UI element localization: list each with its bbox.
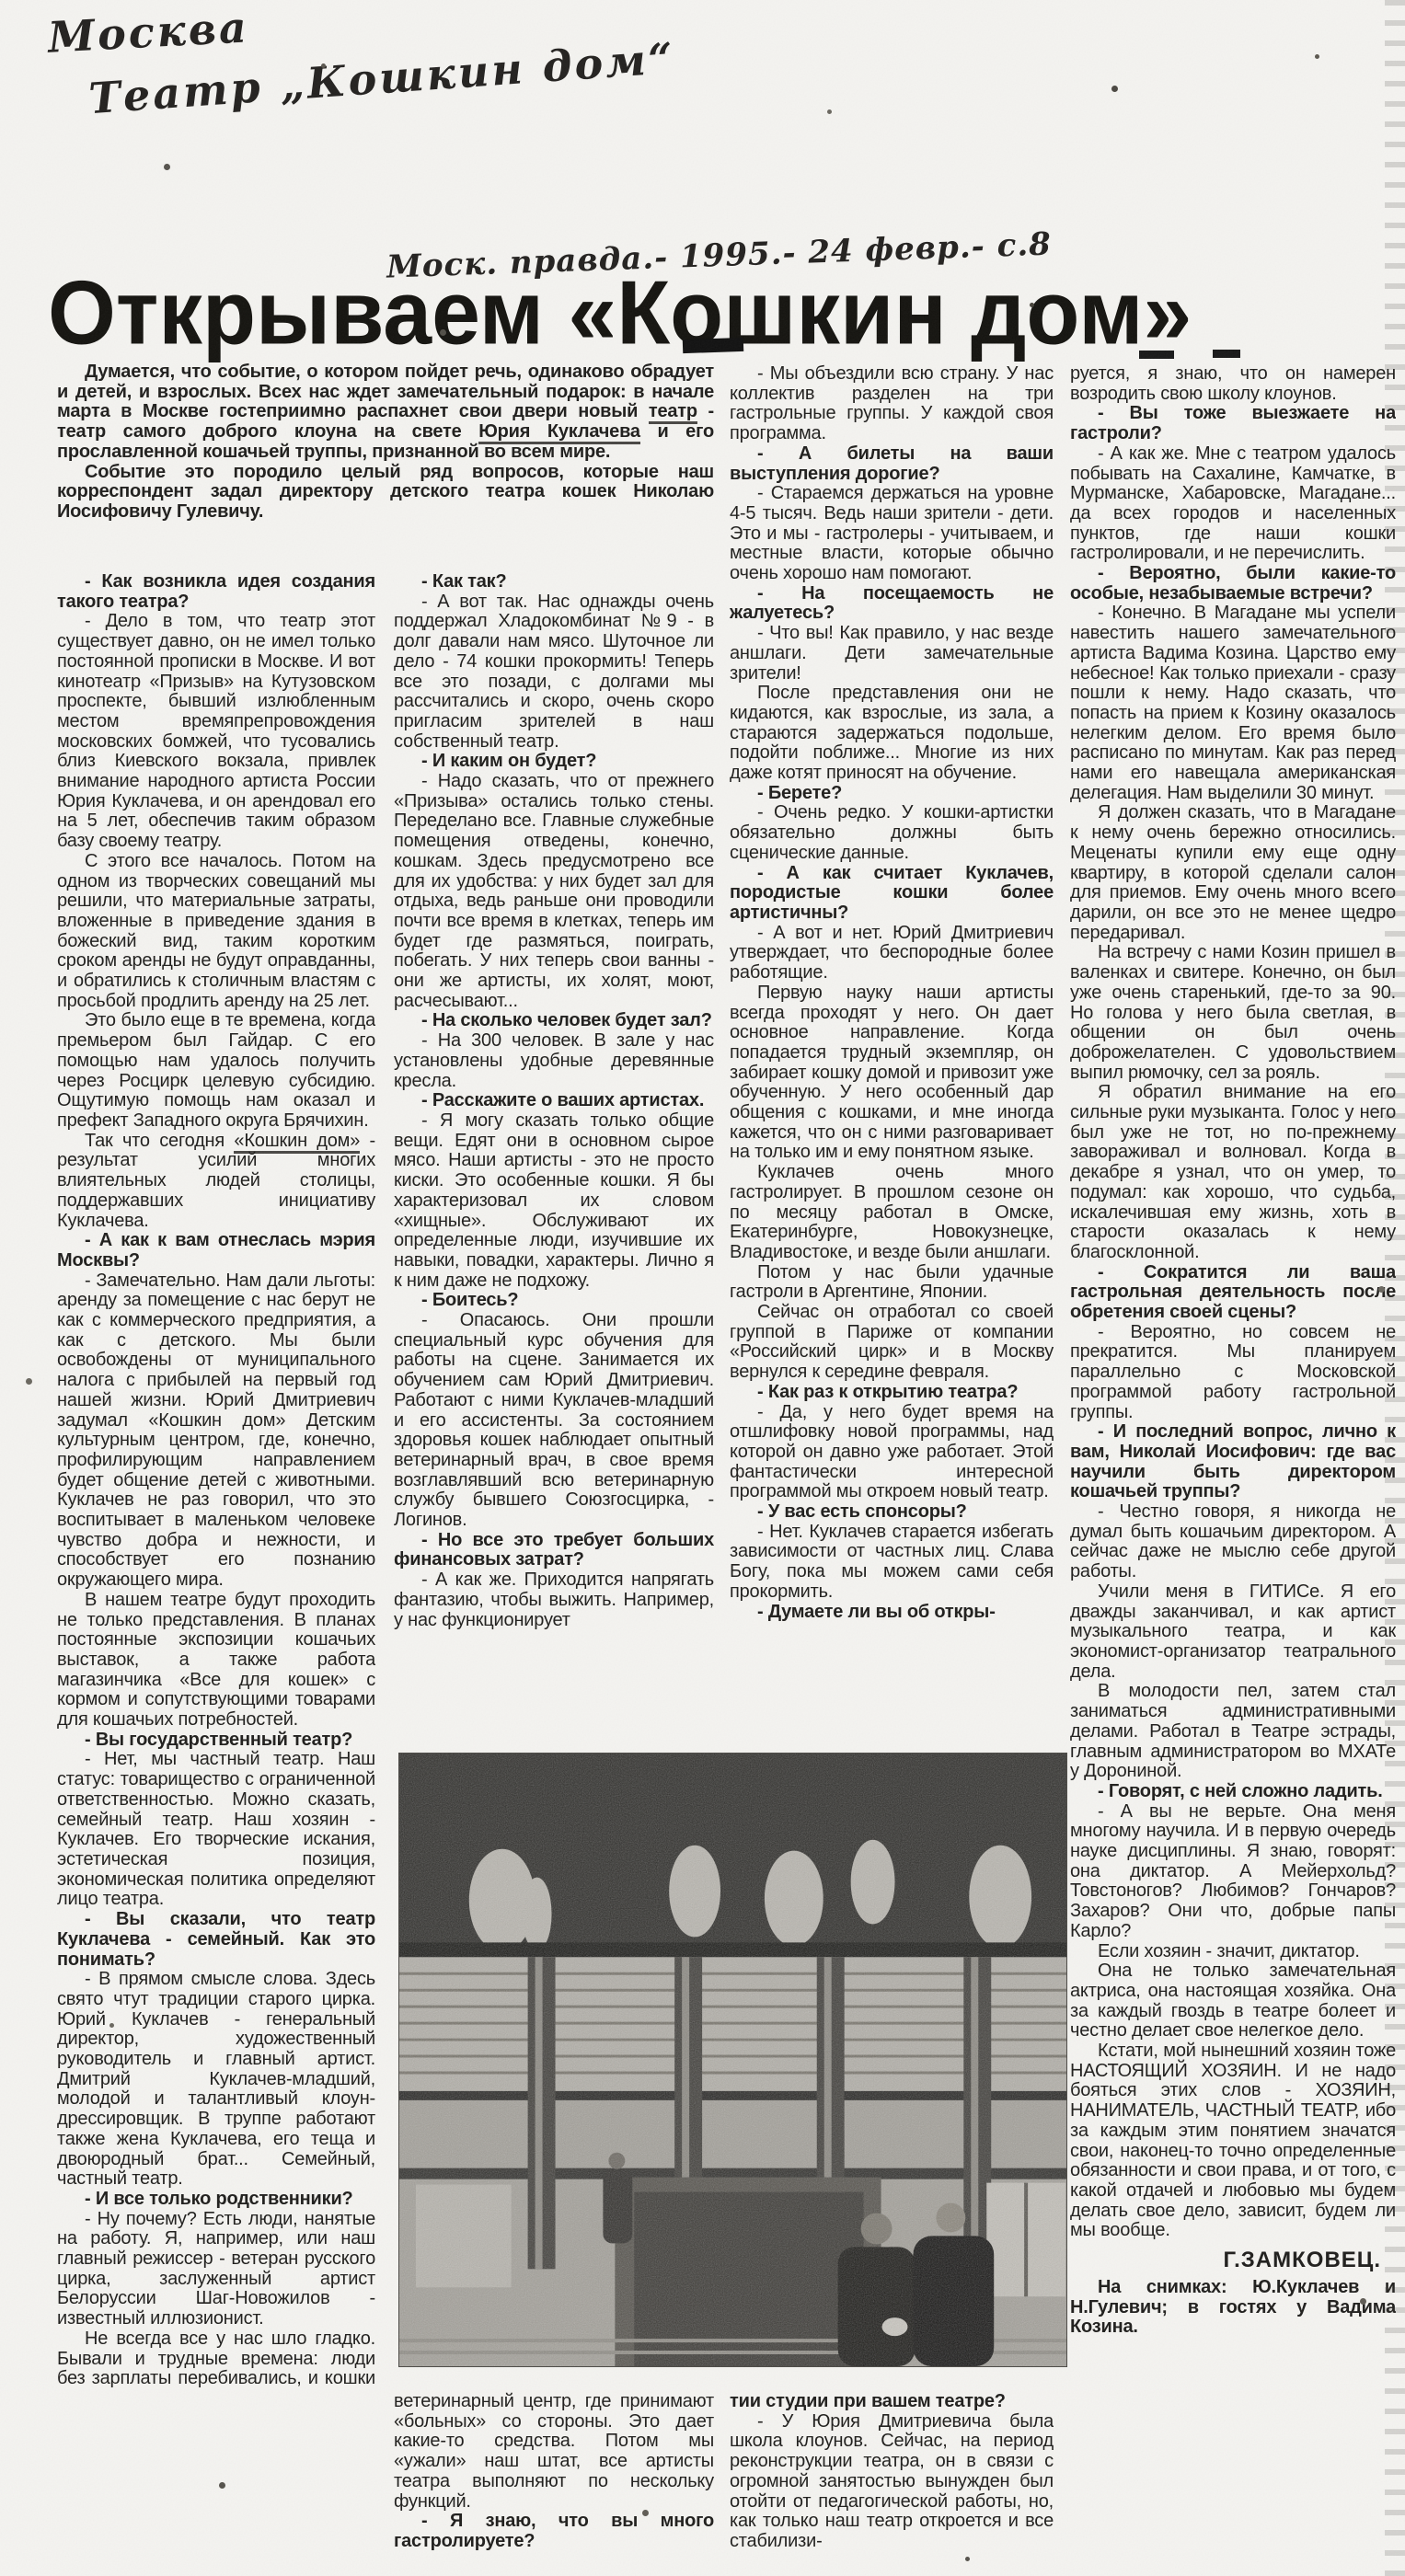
body-paragraph: Она не только замечательная актриса, она… [1070, 1961, 1396, 2041]
author-signature: Г.ЗАМКОВЕЦ. [1070, 2250, 1381, 2271]
body-paragraph: Я обратил внимание на его сильные руки м… [1070, 1083, 1396, 1262]
body-paragraph: - Дело в том, что театр этот существует … [57, 612, 375, 851]
body-paragraph: - А вы не верьте. Она меня многому научи… [1070, 1802, 1396, 1942]
question-paragraph: - И все только родственники? [57, 2190, 375, 2210]
question-paragraph: - Но все это требует больших финансовых … [394, 1531, 714, 1570]
text-segment: Думается, что событие, о котором пойдет … [57, 362, 714, 421]
body-paragraph: С этого все началось. Потом на одном из … [57, 852, 375, 1012]
body-paragraph: - А как же. Мне с театром удалось побыва… [1070, 444, 1396, 564]
question-paragraph: - А билеты на ваши выступления дорогие? [730, 444, 1054, 484]
photo-illustration [399, 1754, 1066, 2366]
question-paragraph: - Вы тоже выезжаете на гастроли? [1070, 404, 1396, 443]
article-photo [398, 1753, 1067, 2367]
column-1: - Как возникла идея создания такого теат… [57, 572, 375, 2392]
column-3-above-photo: - Мы объездили всю страну. У нас коллект… [730, 364, 1054, 1750]
question-paragraph: - И каким он будет? [394, 752, 714, 772]
question-paragraph: - Как так? [394, 572, 714, 592]
question-paragraph: - На сколько человек будет зал? [394, 1011, 714, 1031]
ink-dash [1139, 351, 1174, 359]
scan-edge-shadow [1385, 0, 1405, 2576]
body-paragraph: - Мы объездили всю страну. У нас коллект… [730, 364, 1054, 444]
body-paragraph: - Очень редко. У кошки-артистки обязател… [730, 803, 1054, 863]
body-paragraph: Сейчас он отработал со своей группой в П… [730, 1303, 1054, 1383]
body-paragraph: - Я могу сказать только общие вещи. Едят… [394, 1111, 714, 1291]
handwritten-city-note: Москва [47, 2, 250, 62]
question-paragraph: - Я знаю, что вы много гастролируете? [394, 2512, 714, 2551]
body-paragraph: руется, я знаю, что он намерен возродить… [1070, 364, 1396, 404]
body-paragraph: Кстати, мой нынешний хозяин тоже НАСТОЯЩ… [1070, 2041, 1396, 2241]
question-paragraph: На снимках: Ю.Куклачев и Н.Гулевич; в го… [1070, 2278, 1396, 2338]
article-lead: Думается, что событие, о котором пойдет … [57, 362, 714, 569]
body-paragraph: - А как же. Приходится напрягать фантази… [394, 1570, 714, 1630]
body-paragraph: - Конечно. В Магадане мы успели навестит… [1070, 604, 1396, 803]
question-paragraph: - Говорят, с ней сложно ладить. [1070, 1782, 1396, 1802]
question-paragraph: - Берете? [730, 784, 1054, 804]
body-paragraph: - Да, у него будет время на отшлифовку н… [730, 1403, 1054, 1503]
body-paragraph: - Честно говоря, я никогда не думал быть… [1070, 1502, 1396, 1582]
question-paragraph: - Как раз к открытию театра? [730, 1383, 1054, 1403]
question-paragraph: - А как считает Куклачев, породистые кош… [730, 864, 1054, 924]
body-paragraph: - В прямом смысле слова. Здесь свято чту… [57, 1970, 375, 2190]
question-paragraph: - На посещаемость не жалуетесь? [730, 584, 1054, 624]
question-paragraph: - У вас есть спонсоры? [730, 1502, 1054, 1523]
body-paragraph: - Нет, мы частный театр. Наш статус: тов… [57, 1750, 375, 1910]
body-paragraph: Если хозяин - значит, диктатор. [1070, 1942, 1396, 1962]
question-paragraph: Событие это породило целый ряд вопросов,… [57, 463, 714, 523]
body-paragraph: В молодости пел, затем стал заниматься а… [1070, 1682, 1396, 1782]
body-paragraph: - А вот и нет. Юрий Дмитриевич утверждае… [730, 924, 1054, 983]
question-paragraph: - Расскажите о ваших артистах. [394, 1091, 714, 1111]
question-paragraph: - И последний вопрос, лично к вам, Никол… [1070, 1422, 1396, 1502]
body-paragraph: Я должен сказать, что в Магадане к нему … [1070, 803, 1396, 943]
body-paragraph: - Опасаюсь. Они прошли специальный курс … [394, 1311, 714, 1531]
body-paragraph: После представления они не кидаются, как… [730, 684, 1054, 784]
body-paragraph: Учили меня в ГИТИСе. Я его дважды заканч… [1070, 1582, 1396, 1683]
body-paragraph: ветеринарный центр, где принимают «больн… [394, 2392, 714, 2512]
question-paragraph: - Сократится ли ваша гастрольная деятель… [1070, 1263, 1396, 1323]
body-paragraph: - На 300 человек. В зале у нас установле… [394, 1031, 714, 1091]
body-paragraph: Это было еще в те времена, когда премьер… [57, 1011, 375, 1131]
body-paragraph: Куклачев очень много гастролирует. В про… [730, 1163, 1054, 1263]
column-2-below-photo: ветеринарный центр, где принимают «больн… [394, 2392, 714, 2571]
body-paragraph: - Вероятно, но совсем не прекратится. Мы… [1070, 1323, 1396, 1423]
column-2-above-photo: - Как так?- А вот так. Нас однажды очень… [394, 572, 714, 1750]
body-paragraph: Не всегда все у нас шло гладко. Бывали и… [57, 2329, 375, 2392]
body-paragraph: - А вот так. Нас однажды очень поддержал… [394, 592, 714, 753]
question-paragraph: тии студии при вашем театре? [730, 2392, 1054, 2412]
question-paragraph: - Боитесь? [394, 1291, 714, 1311]
body-paragraph: - Что вы! Как правило, у нас везде аншла… [730, 624, 1054, 684]
photo-grain [399, 1754, 1066, 2366]
question-paragraph: - Думаете ли вы об откры- [730, 1603, 1054, 1623]
scan-speckles [0, 0, 3, 3]
text-segment: Так что сегодня [85, 1131, 234, 1151]
scanned-newspaper-page: { "archive_note": { "city": "Москва", "t… [0, 0, 1405, 2576]
body-paragraph: - Замечательно. Нам дали льготы: аренду … [57, 1271, 375, 1591]
body-paragraph: Потом у нас были удачные гастроли в Арге… [730, 1263, 1054, 1303]
body-paragraph: Первую науку наши артисты всегда проходя… [730, 983, 1054, 1163]
column-4: руется, я знаю, что он намерен возродить… [1070, 364, 1396, 2572]
body-paragraph: В нашем театре будут проходить не только… [57, 1591, 375, 1731]
body-paragraph: - Нет. Куклачев старается избегать завис… [730, 1523, 1054, 1603]
body-paragraph: На встречу с нами Козин пришел в валенка… [1070, 943, 1396, 1083]
column-3-below-photo: тии студии при вашем театре?- У Юрия Дми… [730, 2392, 1054, 2571]
body-paragraph: - Ну почему? Есть люди, нанятые на работ… [57, 2210, 375, 2329]
question-paragraph: - Вероятно, были какие-то особые, незабы… [1070, 564, 1396, 604]
question-paragraph: - Вы сказали, что театр Куклачева - семе… [57, 1910, 375, 1970]
body-paragraph: - У Юрия Дмитриевича была школа клоунов.… [730, 2412, 1054, 2552]
body-paragraph: - Надо сказать, что от прежнего «Призыва… [394, 772, 714, 1011]
ink-dash [1213, 350, 1240, 358]
question-paragraph: - Вы государственный театр? [57, 1731, 375, 1751]
body-paragraph: - Стараемся держаться на уровне 4-5 тыся… [730, 484, 1054, 584]
body-paragraph: Так что сегодня «Кошкин дом» - результат… [57, 1132, 375, 1232]
question-paragraph: Думается, что событие, о котором пойдет … [57, 362, 714, 463]
ink-smudge [683, 338, 743, 353]
question-paragraph: - А как к вам отнеслась мэрия Москвы? [57, 1231, 375, 1271]
question-paragraph: - Как возникла идея создания такого теат… [57, 572, 375, 612]
